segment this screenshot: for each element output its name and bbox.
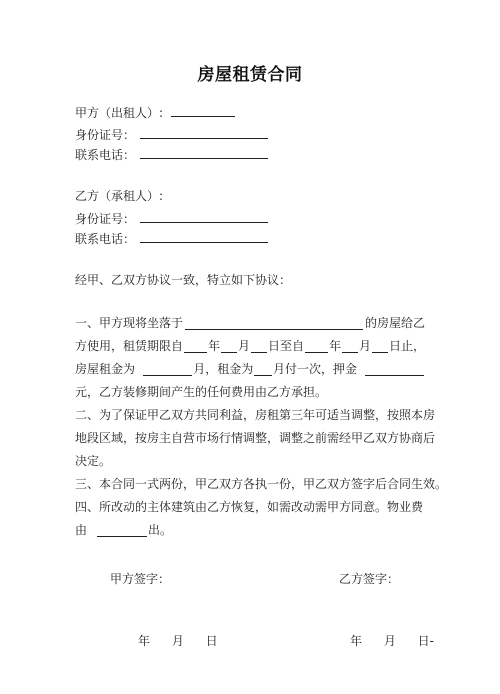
document-title: 房屋租赁合同	[0, 60, 500, 85]
end-day-label: 日止，	[389, 335, 425, 358]
party-a-date-day: 日	[206, 632, 218, 649]
party-a-name-blank[interactable]	[171, 104, 235, 117]
rent-amount-blank[interactable]	[143, 363, 192, 376]
start-year-label: 年	[208, 335, 220, 358]
party-a-id-line: 身份证号：	[75, 126, 269, 143]
property-fee-suffix: 出。	[148, 519, 172, 542]
party-a-phone-label: 联系电话：	[75, 148, 135, 162]
rent-period-label: 月，租金为	[193, 358, 253, 381]
party-b-heading: 乙方（承租人）:	[75, 189, 163, 203]
clause-1-text-a: 一、甲方现将坐落于	[75, 312, 183, 335]
party-a-phone-blank[interactable]	[140, 146, 268, 159]
party-b-id-blank[interactable]	[140, 210, 268, 223]
party-a-date-month: 月	[172, 632, 202, 649]
clause-1-text-b: 的房屋给乙	[365, 312, 425, 335]
clause-1-line-1: 一、甲方现将坐落于 的房屋给乙	[75, 312, 425, 335]
party-b-name-line: 乙方（承租人）:	[75, 188, 163, 204]
clause-1-line-3: 房屋租金为 月，租金为 月付一次，押金	[75, 358, 425, 381]
agreement-intro: 经甲、乙双方协议一致，特立如下协议：	[75, 272, 291, 288]
property-address-blank[interactable]	[185, 317, 363, 330]
party-a-heading: 甲方（出租人）:	[75, 106, 163, 120]
party-a-id-label: 身份证号：	[75, 128, 135, 142]
party-b-signature-label: 乙方签字：	[339, 570, 399, 587]
party-a-date-year: 年	[138, 632, 168, 649]
party-b-phone-line: 联系电话：	[75, 230, 269, 247]
clauses: 一、甲方现将坐落于 的房屋给乙 方使用，租赁期限自 年 月 日至自 年 月 日止…	[75, 312, 425, 542]
start-month-blank[interactable]	[221, 340, 237, 353]
clause-2-line-1: 二、为了保证甲乙双方共同利益，房租第三年可适当调整，按照本房	[75, 404, 425, 427]
party-b-phone-blank[interactable]	[140, 230, 268, 243]
start-day-blank[interactable]	[251, 340, 267, 353]
party-b-id-label: 身份证号：	[75, 212, 135, 226]
clause-2-line-3: 决定。	[75, 450, 425, 473]
party-b-date-day: 日-	[418, 632, 434, 649]
party-a-id-blank[interactable]	[140, 126, 268, 139]
deposit-label: 月付一次，押金	[273, 358, 357, 381]
party-a-signature-label: 甲方签字：	[110, 570, 170, 587]
contract-page: 房屋租赁合同 甲方（出租人）: 身份证号： 联系电话： 乙方（承租人）: 身份证…	[0, 0, 500, 694]
deposit-amount-blank[interactable]	[365, 363, 424, 376]
rent-label: 房屋租金为	[75, 358, 135, 381]
clause-1-line-2: 方使用，租赁期限自 年 月 日至自 年 月 日止，	[75, 335, 425, 358]
start-month-label: 月	[238, 335, 250, 358]
end-month-blank[interactable]	[342, 340, 358, 353]
property-fee-label: 由	[75, 519, 87, 542]
clause-4-line-1: 四、所改动的主体建筑由乙方恢复，如需改动需甲方同意。物业费	[75, 496, 425, 519]
start-day-label: 日至自	[268, 335, 304, 358]
end-year-blank[interactable]	[305, 340, 328, 353]
clause-1-line-4: 元，乙方装修期间产生的任何费用由乙方承担。	[75, 381, 425, 404]
party-a-date: 年 月 日	[138, 632, 218, 649]
clause-3-line-1: 三、本合同一式两份，甲乙双方各执一份，甲乙双方签字后合同生效。	[75, 473, 425, 496]
clause-4-line-2: 由 出。	[75, 519, 425, 542]
party-b-date: 年 月 日-	[350, 632, 434, 649]
party-b-phone-label: 联系电话：	[75, 232, 135, 246]
property-fee-payer-blank[interactable]	[97, 524, 147, 537]
payment-interval-blank[interactable]	[254, 363, 272, 376]
party-a-phone-line: 联系电话：	[75, 146, 269, 163]
party-a-name-line: 甲方（出租人）:	[75, 104, 236, 121]
end-month-label: 月	[359, 335, 371, 358]
end-year-label: 年	[329, 335, 341, 358]
party-b-date-year: 年	[350, 632, 380, 649]
lease-term-label: 方使用，租赁期限自	[75, 335, 183, 358]
start-year-blank[interactable]	[184, 340, 207, 353]
clause-2-line-2: 地段区域，按房主自营市场行情调整，调整之前需经甲乙双方协商后	[75, 427, 425, 450]
end-day-blank[interactable]	[372, 340, 388, 353]
party-b-id-line: 身份证号：	[75, 210, 269, 227]
party-b-date-month: 月	[384, 632, 414, 649]
